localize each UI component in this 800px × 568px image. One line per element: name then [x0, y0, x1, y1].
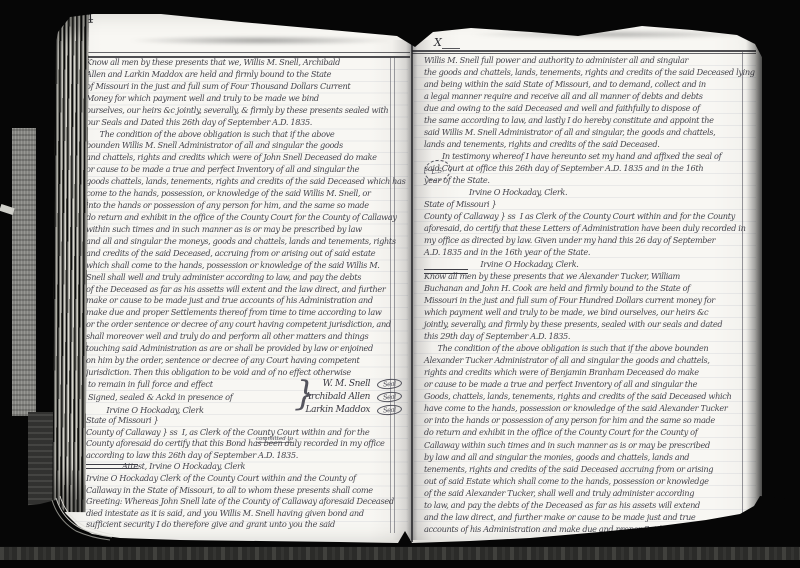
manuscript-line: of Missouri in the just and full sum of … — [86, 81, 406, 93]
manuscript-line: In testimony whereof I have hereunto set… — [424, 150, 758, 162]
manuscript-line: rights and credits which were of Benjami… — [424, 366, 758, 378]
manuscript-line: this 29th day of September A.D. 1835. — [424, 330, 758, 342]
manuscript-line: on him by the order, sentence or decree … — [86, 355, 406, 367]
manuscript-line: Know all men by these presents that we, … — [86, 57, 406, 69]
header-rule — [64, 52, 410, 53]
manuscript-line: Missouri in the just and full sum of Fou… — [424, 294, 758, 306]
manuscript-line: sufficient security I do therefore give … — [86, 519, 408, 531]
manuscript-line: to law, and pay the debts of the Decease… — [424, 499, 758, 511]
x-mark-underline — [442, 48, 460, 49]
manuscript-line: into the hands or possession of any pers… — [86, 200, 406, 212]
book-spine-page-edges — [52, 14, 88, 512]
manuscript-line: A.D. 1835 and in the 16th year of the St… — [424, 246, 758, 258]
manuscript-line: The condition of the above obligation is… — [86, 129, 406, 141]
manuscript-line: touching said Administration as are or s… — [86, 343, 406, 355]
manuscript-line: goods chattels, lands, tenements, rights… — [86, 176, 406, 188]
manuscript-line: or into the hands or possession of any p… — [424, 414, 758, 426]
manuscript-line: Willis M. Snell full power and authority… — [424, 54, 758, 66]
manuscript-line: and all and singular the moneys, goods a… — [86, 236, 406, 248]
manuscript-line: do return and exhibit in the office of t… — [86, 212, 406, 224]
entry-divider-flourish — [424, 269, 468, 274]
right-page-text: Willis M. Snell full power and authority… — [424, 54, 758, 535]
manuscript-line: and chattels, rights and credits which w… — [86, 152, 406, 164]
manuscript-line: and the law direct, and further make or … — [424, 511, 758, 523]
page-number: 295 — [720, 13, 749, 29]
manuscript-line: Callaway in the State of Missouri, to al… — [86, 485, 408, 497]
signature-block: to remain in full force and effect W. M.… — [88, 377, 402, 416]
entry-divider-flourish — [86, 464, 138, 469]
left-page-text-lower: State of Missouri }County of Callaway } … — [86, 415, 408, 531]
attestation-clause: Signed, sealed & Ackd in presence of — [88, 392, 305, 402]
manuscript-line: Buchanan and John H. Cook are held and f… — [424, 282, 758, 294]
closing-clause: to remain in full force and effect — [88, 379, 323, 389]
manuscript-line: and credits of the said Deceased, accrui… — [86, 248, 406, 260]
attestation-brace: } — [294, 374, 316, 414]
signature-name: W. M. Snell — [323, 379, 371, 389]
signature-row: Signed, sealed & Ackd in presence of Arc… — [88, 390, 402, 403]
manuscript-line: ourselves, our heirs &c jointly, several… — [86, 105, 406, 117]
manuscript-line: tenements, rights and credits of the sai… — [424, 463, 758, 475]
manuscript-line: The condition of the above obligation is… — [424, 342, 758, 354]
manuscript-line: Irvine O Hockaday, Clerk. — [424, 186, 758, 198]
manuscript-line: and being within the said State of Misso… — [424, 78, 758, 90]
clerk-witness: Irvine O Hockaday, Clerk — [88, 405, 305, 415]
manuscript-line: by law and all and singular the monies, … — [424, 451, 758, 463]
scanned-record-book: 294 295 X Know all men by these presents… — [0, 0, 800, 568]
manuscript-line: a legal manner require and receive all a… — [424, 90, 758, 102]
manuscript-line: lands and tenements, rights and credits … — [424, 138, 758, 150]
manuscript-line: Greeting: Whereas John Snell late of the… — [86, 496, 408, 508]
manuscript-line: which shall come to the hands, possessio… — [86, 260, 406, 272]
manuscript-line: our Seals and Dated this 26th day of Sep… — [86, 117, 406, 129]
interline-correction: committed to — [256, 436, 293, 443]
gutter-fold-line — [411, 44, 413, 542]
manuscript-line: year of the State. — [424, 174, 758, 186]
manuscript-line: Irvine O Hockaday, Clerk. — [424, 258, 758, 270]
manuscript-line: according to law this 26th day of Septem… — [86, 450, 408, 462]
seal-mark: Seal — [377, 377, 403, 389]
manuscript-line: Irvine O Hockaday Clerk of the County Co… — [86, 473, 408, 485]
manuscript-line: aforesaid, do certify that these Letters… — [424, 222, 758, 234]
manuscript-line: Alexander Tucker Administrator of all an… — [424, 354, 758, 366]
manuscript-line: which payment well and truly to be made,… — [424, 306, 758, 318]
manuscript-line: County aforesaid do certify that this Bo… — [86, 438, 408, 450]
manuscript-line: died intestate as it is said, and you Wi… — [86, 508, 408, 520]
manuscript-line: Money for which payment well and truly t… — [86, 93, 406, 105]
manuscript-line: Snell shall well and truly administer ac… — [86, 272, 406, 284]
scan-smudge — [130, 36, 392, 45]
manuscript-line: Know all men by these presents that we A… — [424, 270, 758, 282]
manuscript-line: said Willis M. Snell Administrator of al… — [424, 126, 758, 138]
manuscript-line: due and owing to the said Deceased and w… — [424, 102, 758, 114]
left-page-text-upper: Know all men by these presents that we, … — [86, 57, 406, 379]
manuscript-line: within such times and in such manner as … — [86, 224, 406, 236]
manuscript-line: said Court at office this 26th day of Se… — [424, 162, 758, 174]
manuscript-line: come to the hands, possession, or knowle… — [86, 188, 406, 200]
manuscript-line: Goods, chattels, lands, tenements, right… — [424, 390, 758, 402]
manuscript-line: jointly, severally, and firmly by these … — [424, 318, 758, 330]
manuscript-line: shall moreover well and truly do and per… — [86, 331, 406, 343]
seal-mark: Seal — [377, 403, 403, 415]
manuscript-line: County of Callaway } ss I, as Clerk of t… — [86, 427, 408, 439]
manuscript-line: out of said Estate which shall come to t… — [424, 475, 758, 487]
manuscript-line: bounden Willis M. Snell Administrator of… — [86, 140, 406, 152]
right-scan-edge — [746, 14, 780, 544]
manuscript-line: or cause to be made a true and perfect I… — [86, 164, 406, 176]
manuscript-line: the same according to law, and lastly I … — [424, 114, 758, 126]
manuscript-line: County of Callaway } ss I as Clerk of th… — [424, 210, 758, 222]
manuscript-line: of the Deceased as far as his assetts wi… — [86, 284, 406, 296]
manuscript-line: have come to the hands, possession or kn… — [424, 402, 758, 414]
signature-row: to remain in full force and effect W. M.… — [88, 377, 402, 390]
manuscript-line: my office as directed by law. Given unde… — [424, 234, 758, 246]
header-rule — [412, 50, 756, 52]
manuscript-line: State of Missouri } — [424, 198, 758, 210]
check-x-mark: X — [434, 36, 442, 49]
manuscript-line: of the said Alexander Tucker, shall well… — [424, 487, 758, 499]
scan-bottom-band — [0, 546, 800, 560]
manuscript-line: do return and exhibit in the office of t… — [424, 426, 758, 438]
manuscript-line: accounts of his Administration and make … — [424, 523, 758, 535]
manuscript-line: State of Missouri } — [86, 415, 408, 427]
manuscript-line: make or cause to be made just and true a… — [86, 295, 406, 307]
manuscript-line: make due and proper Settlements thereof … — [86, 307, 406, 319]
manuscript-line: Allen and Larkin Maddox are held and fir… — [86, 69, 406, 81]
manuscript-line: the goods and chattels, lands, tenements… — [424, 66, 758, 78]
seal-mark: Seal — [377, 390, 403, 402]
scanner-edge-strip — [12, 128, 36, 416]
manuscript-line: or the order sentence or decree of any c… — [86, 319, 406, 331]
manuscript-line: Callaway within such times and in such m… — [424, 439, 758, 451]
manuscript-line: or cause to be made a true and perfect I… — [424, 378, 758, 390]
scan-smudge — [470, 30, 756, 39]
